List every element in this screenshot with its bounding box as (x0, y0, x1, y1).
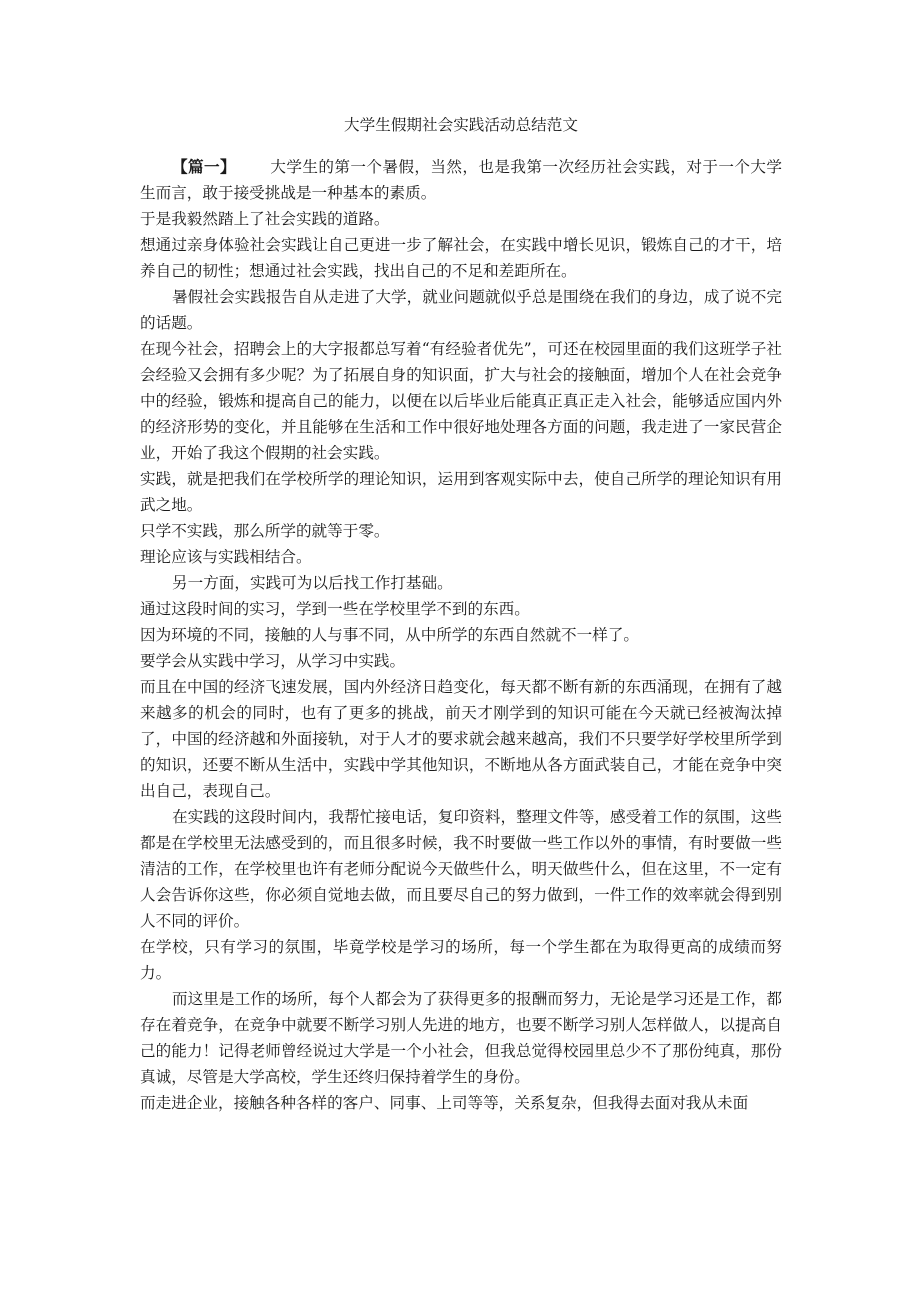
document-title: 大学生假期社会实践活动总结范文 (140, 112, 782, 138)
section-tag: 【篇一】 (172, 157, 236, 176)
paragraph-14: 在实践的这段时间内，我帮忙接电话，复印资料，整理文件等，感受着工作的氛围，这些都… (140, 804, 782, 934)
paragraph-9: 另一方面，实践可为以后找工作打基础。 (140, 570, 782, 596)
paragraph-8: 理论应该与实践相结合。 (140, 544, 782, 570)
paragraph-12: 要学会从实践中学习，从学习中实践。 (140, 648, 782, 674)
paragraph-3: 想通过亲身体验社会实践让自己更进一步了解社会，在实践中增长见识，锻炼自己的才干，… (140, 232, 782, 284)
paragraph-16: 而这里是工作的场所，每个人都会为了获得更多的报酬而努力，无论是学习还是工作，都存… (140, 986, 782, 1090)
paragraph-10: 通过这段时间的实习，学到一些在学校里学不到的东西。 (140, 596, 782, 622)
paragraph-17: 而走进企业，接触各种各样的客户、同事、上司等等，关系复杂，但我得去面对我从未面 (140, 1090, 782, 1116)
paragraph-7: 只学不实践，那么所学的就等于零。 (140, 518, 782, 544)
paragraph-5: 在现今社会，招聘会上的大字报都总写着“有经验者优先”，可还在校园里面的我们这班学… (140, 336, 782, 466)
paragraph-2: 于是我毅然踏上了社会实践的道路。 (140, 206, 782, 232)
paragraph-11: 因为环境的不同，接触的人与事不同，从中所学的东西自然就不一样了。 (140, 622, 782, 648)
paragraph-15: 在学校，只有学习的氛围，毕竟学校是学习的场所，每一个学生都在为取得更高的成绩而努… (140, 934, 782, 986)
paragraph-1: 【篇一】大学生的第一个暑假，当然，也是我第一次经历社会实践，对于一个大学生而言，… (140, 154, 782, 206)
paragraph-4: 暑假社会实践报告自从走进了大学，就业问题就似乎总是围绕在我们的身边，成了说不完的… (140, 284, 782, 336)
document-page: 大学生假期社会实践活动总结范文 【篇一】大学生的第一个暑假，当然，也是我第一次经… (140, 112, 782, 1116)
paragraph-13: 而且在中国的经济飞速发展，国内外经济日趋变化，每天都不断有新的东西涌现，在拥有了… (140, 674, 782, 804)
paragraph-6: 实践，就是把我们在学校所学的理论知识，运用到客观实际中去，使自己所学的理论知识有… (140, 466, 782, 518)
